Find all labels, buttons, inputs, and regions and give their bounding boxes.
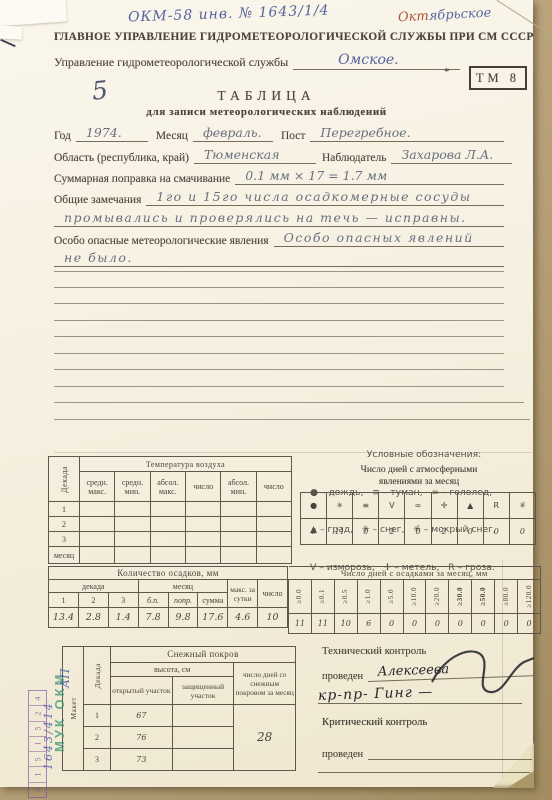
- threshold-label: ≥0.0: [295, 589, 304, 604]
- col-header: средн. макс.: [80, 472, 115, 502]
- phenomenon-symbol: V: [379, 493, 405, 519]
- empty-cell: [185, 502, 220, 517]
- col-header: 3: [108, 593, 138, 608]
- value-cell: 11: [289, 614, 312, 634]
- phenomena-title-line1: Число дней с атмосферными: [300, 464, 538, 476]
- value-cell: 73: [111, 749, 173, 771]
- form-code-box: ТМ 8: [469, 66, 527, 90]
- phenomena-title-line2: явлениями за месяц: [300, 476, 538, 488]
- value-cell: 0: [353, 519, 379, 545]
- archive-stamp-number-box: 4 2 5 1 5 1 4: [28, 690, 47, 798]
- empty-cell: [256, 502, 291, 517]
- col-header: б.п.: [138, 593, 168, 608]
- empty-cell: [115, 532, 150, 547]
- value-cell: 7.8: [138, 608, 168, 628]
- threshold-label: ≥0.1: [318, 589, 327, 604]
- tech-done-label: проведен: [322, 671, 368, 682]
- phenomena-title: Число дней с атмосферными явлениями за м…: [300, 464, 538, 488]
- value-cell: 10: [258, 608, 288, 628]
- maket-rotated-label: Макет: [69, 697, 78, 720]
- row-label: 1: [84, 705, 111, 727]
- row-label: 1: [49, 502, 80, 517]
- snow-cover-table: Макет Декада Снежный покров высота, см ч…: [62, 646, 296, 771]
- empty-cell: [221, 517, 256, 532]
- signature-flourish: [428, 644, 536, 696]
- empty-cell: [221, 547, 256, 564]
- form-subtitle: для записи метеорологических наблюдений: [0, 106, 533, 118]
- threshold-header: ≥10.0: [403, 580, 426, 614]
- stamp-digit: 4: [33, 696, 42, 700]
- department-label: Управление гидрометеорологической службы: [54, 55, 293, 70]
- department-row: Управление гидрометеорологической службы…: [54, 50, 460, 70]
- org-title: ГЛАВНОЕ УПРАВЛЕНИЕ ГИДРОМЕТЕОРОЛОГИЧЕСКО…: [54, 31, 534, 43]
- stamp-digit: 5: [33, 727, 42, 731]
- empty-cell: [172, 749, 234, 771]
- ruled-line: [54, 303, 504, 304]
- group-header: месяц: [138, 580, 228, 593]
- stamp-digit: 1: [33, 742, 42, 746]
- value-cell: 0: [403, 614, 426, 634]
- control-line: [318, 772, 530, 773]
- value-cell: 0: [301, 519, 327, 545]
- value-cell: 1.4: [108, 608, 138, 628]
- post-value: Перегребное.: [310, 125, 504, 142]
- value-cell: 0: [426, 614, 449, 634]
- threshold-label: ≥30.0: [456, 587, 465, 606]
- threshold-header: ≥20.0: [426, 580, 449, 614]
- ruled-line: [54, 320, 504, 321]
- empty-cell: [80, 517, 115, 532]
- value-cell: 9.8: [168, 608, 198, 628]
- precipitation-table: Количество осадков, мм декада месяц макс…: [48, 566, 288, 628]
- value-cell: 4.6: [228, 608, 258, 628]
- hazard-value-1: Особо опасных явлений: [274, 230, 504, 247]
- temperature-table: Декада Температура воздуха средн. макс. …: [48, 456, 292, 564]
- archive-stamp-blue-initials: АП: [58, 668, 72, 688]
- threshold-header: ≥30.0: [449, 580, 472, 614]
- remarks-value-2: промывались и проверялись на течь — испр…: [54, 210, 504, 227]
- empty-cell: [150, 517, 185, 532]
- tape-fragment: [0, 25, 22, 39]
- threshold-header: ≥0.0: [289, 580, 312, 614]
- table-title: Число дней с осадками за месяц, мм: [289, 567, 541, 580]
- phenomenon-symbol: ✳: [327, 493, 353, 519]
- form-title: ТАБЛИЦА: [0, 88, 533, 104]
- value-cell: 2.8: [78, 608, 108, 628]
- field-row-remarks-2: промывались и проверялись на течь — испр…: [54, 207, 504, 227]
- threshold-label: ≥120.0: [525, 585, 534, 608]
- empty-cell: [185, 547, 220, 564]
- ruled-line: [54, 336, 504, 337]
- empty-cell: [185, 517, 220, 532]
- threshold-label: ≥5.0: [387, 589, 396, 604]
- field-row-remarks: Общие замечания 1го и 15го числа осадком…: [54, 186, 504, 206]
- legend-title: Условные обозначения:: [302, 449, 546, 462]
- stamp-digit: 4: [33, 788, 42, 792]
- value-cell: 0: [518, 614, 541, 634]
- remarks-label: Общие замечания: [54, 194, 146, 206]
- value-cell: 76: [111, 727, 173, 749]
- empty-cell: [80, 502, 115, 517]
- decade-rotated-label: Декада: [60, 458, 69, 500]
- stamp-digit: 2: [33, 711, 42, 715]
- stamp-digit: 1: [33, 773, 42, 777]
- row-label: 2: [84, 727, 111, 749]
- post-label: Пост: [273, 130, 310, 142]
- empty-cell: [80, 532, 115, 547]
- empty-cell: [256, 547, 291, 564]
- rotated-header-cell: Декада: [49, 457, 80, 502]
- value-cell: 11: [311, 614, 334, 634]
- value-cell: 0: [405, 519, 431, 545]
- department-value: Омское.: [293, 52, 460, 70]
- empty-cell: [150, 532, 185, 547]
- observer-label: Наблюдатель: [316, 152, 392, 164]
- region-value: Тюменская: [194, 147, 316, 164]
- crit-signature-blank: [368, 758, 532, 760]
- row-label: месяц: [49, 547, 80, 564]
- remarks-value-1: 1го и 15го числа осадкомерные сосуды: [146, 189, 504, 206]
- threshold-header: ≥50.0: [472, 580, 495, 614]
- value-cell: 10: [334, 614, 357, 634]
- threshold-label: ≥1.0: [364, 589, 373, 604]
- threshold-label: ≥10.0: [410, 587, 419, 606]
- value-cell: 0: [472, 614, 495, 634]
- value-cell: 0: [449, 614, 472, 634]
- snow-days-value: 28: [234, 705, 296, 771]
- decade-rotated-label: Декада: [93, 663, 102, 689]
- col-header: 1: [49, 593, 79, 608]
- value-cell: 0: [457, 519, 483, 545]
- value-cell: 0: [380, 614, 403, 634]
- col-header: число: [258, 580, 288, 608]
- threshold-header: ≥0.5: [334, 580, 357, 614]
- col-header: число: [185, 472, 220, 502]
- empty-cell: [256, 532, 291, 547]
- threshold-header: ≥120.0: [518, 580, 541, 614]
- settlement-part-red: Окт: [398, 9, 429, 26]
- hazard-value-2: не было.: [54, 250, 504, 267]
- col-header: 2: [78, 593, 108, 608]
- field-row-date: Год 1974. Месяц февраль. Пост Перегребно…: [54, 122, 504, 142]
- empty-cell: [221, 502, 256, 517]
- stamp-digit: 5: [33, 757, 42, 761]
- field-row-correction: Суммарная поправка на смачивание 0.1 мм …: [54, 165, 504, 185]
- ruled-line: [54, 369, 504, 370]
- value-cell: 0: [509, 519, 535, 545]
- critical-control-label: Критический контроль: [322, 716, 427, 728]
- month-label: Месяц: [148, 130, 193, 142]
- phenomenon-symbol: ✳̇: [509, 493, 535, 519]
- col-header: сумма: [198, 593, 228, 608]
- row-label: 3: [49, 532, 80, 547]
- control-line: [318, 703, 522, 704]
- threshold-label: ≥20.0: [433, 587, 442, 606]
- threshold-label: ≥80.0: [502, 587, 511, 606]
- year-label: Год: [54, 130, 76, 142]
- empty-cell: [115, 547, 150, 564]
- table-title: Снежный покров: [111, 647, 296, 663]
- phenomena-table: ● ✳ ≡ V ∞ ✛ ▲ R ✳̇ 0 11 0 2 0 2 0 0 0: [300, 492, 536, 545]
- empty-cell: [185, 532, 220, 547]
- ruled-line: [54, 287, 504, 288]
- group-header: высота, см: [111, 663, 234, 677]
- empty-cell: [115, 502, 150, 517]
- critical-control-row: проведен: [322, 740, 532, 760]
- scan-background: ОКМ-58 инв. № 1643/1/4 Октябрьское ГЛАВН…: [0, 0, 552, 800]
- ruled-line: [54, 353, 504, 354]
- field-row-hazard: Особо опасные метеорологические явления …: [54, 227, 504, 247]
- table-title: Количество осадков, мм: [49, 567, 288, 580]
- col-header: защищенный участок: [172, 677, 234, 705]
- region-label: Область (республика, край): [54, 152, 194, 164]
- empty-cell: [172, 727, 234, 749]
- phenomenon-symbol: ✛: [431, 493, 457, 519]
- hazard-label: Особо опасные метеорологические явления: [54, 235, 274, 247]
- value-cell: 17.6: [198, 608, 228, 628]
- value-cell: 0: [483, 519, 509, 545]
- empty-cell: [115, 517, 150, 532]
- footnote-asterisk: *: [444, 66, 450, 78]
- empty-cell: [172, 705, 234, 727]
- tech-control-label: Технический контроль: [322, 645, 426, 657]
- value-cell: 67: [111, 705, 173, 727]
- year-value: 1974.: [76, 125, 148, 142]
- table-title: Температура воздуха: [80, 457, 292, 472]
- observer-value: Захарова Л.А.: [391, 147, 512, 164]
- value-cell: 2: [379, 519, 405, 545]
- col-header: средн. мин.: [115, 472, 150, 502]
- value-cell: 6: [357, 614, 380, 634]
- threshold-label: ≥0.5: [341, 589, 350, 604]
- col-header: абсол. макс.: [150, 472, 185, 502]
- value-cell: 0: [495, 614, 518, 634]
- precip-days-table: Число дней с осадками за месяц, мм ≥0.0 …: [288, 566, 541, 634]
- ruled-line: [54, 386, 504, 387]
- form-code: ТМ 8: [476, 71, 520, 86]
- col-header: макс. за сутки: [228, 580, 258, 608]
- empty-cell: [256, 517, 291, 532]
- empty-cell: [80, 547, 115, 564]
- field-row-hazard-2: не было.: [54, 247, 504, 267]
- threshold-header: ≥1.0: [357, 580, 380, 614]
- col-header: попр.: [168, 593, 198, 608]
- empty-cell: [150, 547, 185, 564]
- phenomenon-symbol: ∞: [405, 493, 431, 519]
- month-value: февраль.: [193, 125, 273, 142]
- value-cell: 11: [327, 519, 353, 545]
- row-label: 3: [84, 749, 111, 771]
- rotated-header-cell: Декада: [84, 647, 111, 705]
- ruled-line: [54, 271, 504, 272]
- group-header: декада: [49, 580, 139, 593]
- threshold-label: ≥50.0: [479, 587, 488, 606]
- threshold-header: ≥80.0: [495, 580, 518, 614]
- value-cell: 13.4: [49, 608, 79, 628]
- col-header: число: [256, 472, 291, 502]
- phenomenon-symbol: ●: [301, 493, 327, 519]
- col-header: абсол. мин.: [221, 472, 256, 502]
- row-label: 2: [49, 517, 80, 532]
- threshold-header: ≥0.1: [311, 580, 334, 614]
- ruled-line: [54, 419, 530, 420]
- ruled-line: [54, 402, 524, 403]
- empty-cell: [221, 532, 256, 547]
- phenomenon-symbol: ▲: [457, 493, 483, 519]
- threshold-header: ≥5.0: [380, 580, 403, 614]
- empty-cell: [150, 502, 185, 517]
- phenomenon-symbol: ≡: [353, 493, 379, 519]
- phenomenon-symbol: R: [483, 493, 509, 519]
- col-header: открытый участок: [111, 677, 173, 705]
- correction-value: 0.1 мм × 17 = 1.7 мм: [235, 168, 504, 185]
- crit-done-label: проведен: [322, 749, 368, 760]
- value-cell: 2: [431, 519, 457, 545]
- col-header: число дней со снежным покровом за месяц: [234, 663, 296, 705]
- field-row-region: Область (республика, край) Тюменская Наб…: [54, 144, 512, 164]
- correction-label: Суммарная поправка на смачивание: [54, 173, 235, 185]
